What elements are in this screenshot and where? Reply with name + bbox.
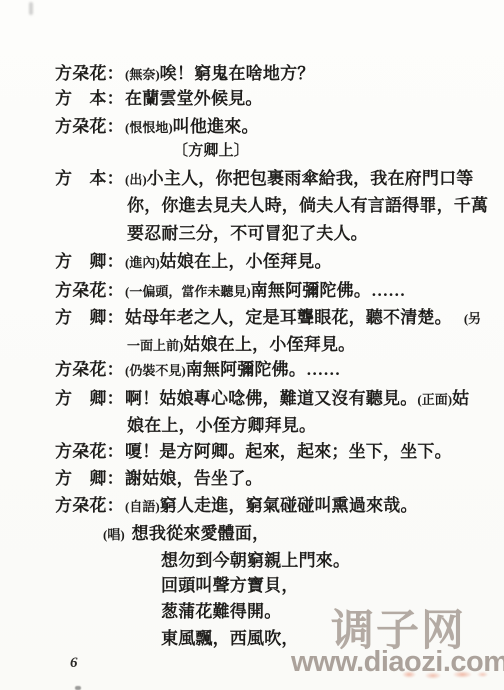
dialogue-text: 啊！姑娘專心唸佛，難道又沒有聽見。 <box>125 389 417 408</box>
dialogue-text: 小主人，你把包裹雨傘給我，我在府門口等 <box>147 169 474 188</box>
dialogue-line: 方朶花：嗄！是方阿卿。起來，起來；坐下，坐下。 <box>55 442 452 462</box>
dialogue-continuation: 要忍耐三分，不可冒犯了夫人。 <box>127 224 368 244</box>
speaker-name: 方 卿： <box>55 469 125 489</box>
aria-text: 想勿到今朝窮親上門來。 <box>161 551 350 570</box>
aria-line: 回頭叫聲方寶貝， <box>161 576 299 596</box>
dialogue-continuation: 娘在上，小侄方卿拜見。 <box>127 416 316 436</box>
stage-note: (出) <box>125 172 147 187</box>
speaker-name: 方朶花： <box>55 360 125 380</box>
dialogue-line: 方 本：(出)小主人，你把包裹雨傘給我，我在府門口等 <box>55 169 473 189</box>
dialogue-line: 方朶花：(恨恨地)叫他進來。 <box>55 117 259 137</box>
aria-line: 想勿到今朝窮親上門來。 <box>161 551 350 571</box>
dialogue-line: 方朶花：(無奈)唉！窮鬼在啥地方？ <box>55 64 314 84</box>
aria-text: 東風飄，西風吹， <box>161 629 299 648</box>
speaker-name: 方 卿： <box>55 252 125 272</box>
aria-line: (唱)想我從來愛體面， <box>103 524 269 544</box>
dialogue-line: 方朶花：(仍裝不見)南無阿彌陀佛。…… <box>55 360 340 380</box>
aria-text: 葱蒲花難得開。 <box>161 602 281 621</box>
stage-note: (一偏頭，當作未聽見) <box>125 284 251 299</box>
page-number: 6 <box>70 655 78 672</box>
speaker-name: 方 卿： <box>55 389 125 409</box>
stage-note: (自語) <box>125 499 160 514</box>
dialogue-text: 嗄！是方阿卿。起來，起來；坐下，坐下。 <box>125 442 452 461</box>
dialogue-text: 在蘭雲堂外候見。 <box>125 89 263 108</box>
dialogue-text: 窮人走進，窮氣碰碰叫熏過來哉。 <box>160 496 418 515</box>
speaker-name: 方朶花： <box>55 64 125 84</box>
watermark-red-smear <box>398 669 490 680</box>
dialogue-line: 方 卿：(進內)姑娘在上，小侄拜見。 <box>55 252 332 272</box>
aria-line: 東風飄，西風吹， <box>161 629 299 649</box>
dialogue-text: 要忍耐三分，不可冒犯了夫人。 <box>127 224 368 243</box>
speaker-name: 方朶花： <box>55 117 125 137</box>
dialogue-text: 南無阿彌陀佛。…… <box>251 281 406 300</box>
scanned-script-page: 方朶花：(無奈)唉！窮鬼在啥地方？ 方 本：在蘭雲堂外候見。 方朶花：(恨恨地)… <box>0 0 504 690</box>
dialogue-text: 姑 <box>452 389 469 408</box>
speaker-name: 方 本： <box>55 169 125 189</box>
dialogue-line: 方 卿：姑母年老之人，定是耳聾眼花，聽不清楚。(另 <box>55 308 481 328</box>
dialogue-continuation: 一面上前)姑娘在上，小侄拜見。 <box>127 335 355 355</box>
aria-text: 想我從來愛體面， <box>132 524 270 543</box>
stage-direction: 〔方卿上〕 <box>173 143 249 160</box>
dialogue-text: 叫他進來。 <box>173 117 259 136</box>
sing-note: (唱) <box>103 527 125 542</box>
stage-note: (無奈) <box>125 67 160 82</box>
dialogue-text: 姑娘在上，小侄拜見。 <box>160 252 332 271</box>
speaker-name: 方 本： <box>55 89 125 109</box>
stage-note: (恨恨地) <box>125 120 173 135</box>
scan-artifact-bottom <box>75 686 81 690</box>
scan-smudge-top-left <box>29 2 33 15</box>
dialogue-line: 方 卿：謝姑娘，告坐了。 <box>55 469 263 489</box>
dialogue-continuation: 你，你進去見夫人時，倘夫人有言語得罪，千萬 <box>127 196 488 216</box>
aria-text: 回頭叫聲方寶貝， <box>161 576 299 595</box>
stage-note: 一面上前) <box>127 338 183 353</box>
dialogue-text: 南無阿彌陀佛。…… <box>186 360 341 379</box>
speaker-name: 方朶花： <box>55 496 125 516</box>
dialogue-text: 姑母年老之人，定是耳聾眼花，聽不清楚。 <box>125 308 452 327</box>
stage-note: (另 <box>464 311 481 326</box>
stage-note: (仍裝不見) <box>125 363 186 378</box>
stage-note: (進內) <box>125 255 160 270</box>
aria-line: 葱蒲花難得開。 <box>161 602 281 622</box>
dialogue-text: 唉！窮鬼在啥地方？ <box>160 64 315 83</box>
dialogue-text: 姑娘在上，小侄拜見。 <box>183 335 355 354</box>
dialogue-line: 方朶花：(自語)窮人走進，窮氣碰碰叫熏過來哉。 <box>55 496 418 516</box>
dialogue-line: 方朶花：(一偏頭，當作未聽見)南無阿彌陀佛。…… <box>55 281 405 301</box>
dialogue-text: 娘在上，小侄方卿拜見。 <box>127 416 316 435</box>
stage-note: (正面) <box>417 392 452 407</box>
speaker-name: 方 卿： <box>55 308 125 328</box>
dialogue-text: 謝姑娘，告坐了。 <box>125 469 263 488</box>
speaker-name: 方朶花： <box>55 442 125 462</box>
speaker-name: 方朶花： <box>55 281 125 301</box>
dialogue-line: 方 本：在蘭雲堂外候見。 <box>55 89 263 109</box>
dialogue-text: 你，你進去見夫人時，倘夫人有言語得罪，千萬 <box>127 196 488 215</box>
dialogue-line: 方 卿：啊！姑娘專心唸佛，難道又沒有聽見。(正面)姑 <box>55 389 469 409</box>
